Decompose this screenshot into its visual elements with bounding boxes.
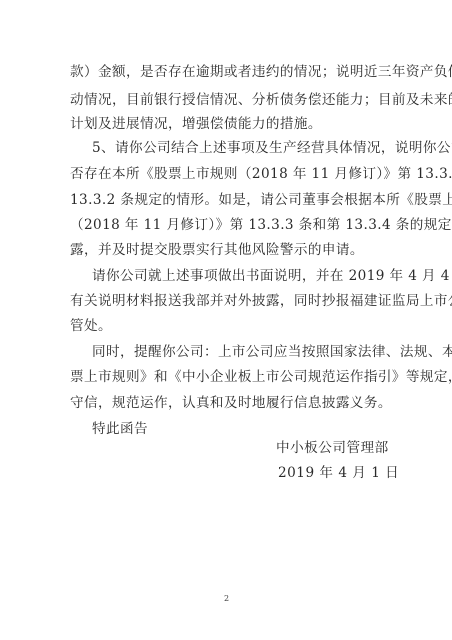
body-line: 有关说明材料报送我部并对外披露，同时抄报福建证监局上市公司监 <box>70 293 452 309</box>
body-line: 同时，提醒你公司：上市公司应当按照国家法律、法规、本所《股 <box>92 344 452 360</box>
body-line-item-5: 5、请你公司结合上述事项及生产经营具体情况，说明你公司是 <box>92 140 452 156</box>
body-line: 票上市规则》和《中小企业板上市公司规范运作指引》等规定，诚实 <box>70 369 452 385</box>
body-line: 计划及进展情况，增强偿债能力的措施。 <box>70 116 322 132</box>
closing-line: 特此函告 <box>92 421 148 437</box>
body-line: 管处。 <box>70 318 112 334</box>
body-line: 请你公司就上述事项做出书面说明，并在 2019 年 4 月 4 日前将 <box>92 268 452 284</box>
body-line: 露，并及时提交股票实行其他风险警示的申请。 <box>70 242 364 258</box>
body-line: 动情况，目前银行授信情况、分析债务偿还能力；目前及未来的融资 <box>70 92 452 108</box>
body-line: （2018 年 11 月修订）》第 13.3.3 条和第 13.3.4 条的规定… <box>70 217 452 233</box>
signature-department: 中小板公司管理部 <box>276 436 389 456</box>
signature-date: 2019 年 4 月 1 日 <box>278 461 399 481</box>
body-line: 守信，规范运作，认真和及时地履行信息披露义务。 <box>70 395 392 411</box>
body-line: 否存在本所《股票上市规则（2018 年 11 月修订）》第 13.3.1 条、第 <box>70 166 452 182</box>
body-line: 款）金额，是否存在逾期或者违约的情况；说明近三年资产负债率变 <box>70 64 452 80</box>
page-number: 2 <box>224 594 229 603</box>
body-line: 13.3.2 条规定的情形。如是，请公司董事会根据本所《股票上市规则 <box>70 192 452 208</box>
